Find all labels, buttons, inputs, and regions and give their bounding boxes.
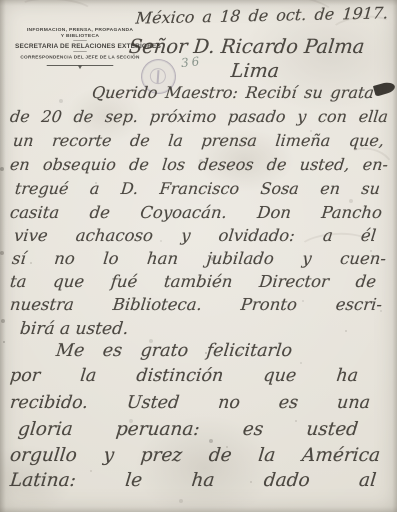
handwritten-line: recibido. Usted no es una [9,394,391,413]
handwritten-line: Latina: le ha dado al [9,471,391,491]
handwritten-line: casita de Coyoacán. Don Pancho [9,204,391,222]
handwritten-line: orgullo y prez de la América [9,446,391,466]
handwritten-line: por la distinción que ha [9,367,391,386]
handwritten-line: gloria peruana: es usted [9,420,391,440]
handwritten-line: Me es grato felicitarlo [9,342,391,361]
handwritten-line: tregué a D. Francisco Sosa en su [9,180,391,198]
handwritten-line: Querido Maestro: Recibí su grata [9,84,391,102]
handwritten-line: de 20 de sep. próximo pasado y con ella [9,108,391,126]
handwritten-line: birá a usted. [9,320,391,339]
handwritten-line: nuestra Biblioteca. Pronto escri- [9,296,391,314]
handwritten-line: un recorte de la prensa limeña que, [9,132,391,150]
letter-page: INFORMACION, PRENSA, PROPAGANDA Y BIBLIO… [0,0,397,512]
paper-speckles [0,0,2,2]
handwritten-line: ta que fué también Director de [9,273,391,291]
handwritten-line: en obsequio de los deseos de usted, en- [9,156,391,174]
